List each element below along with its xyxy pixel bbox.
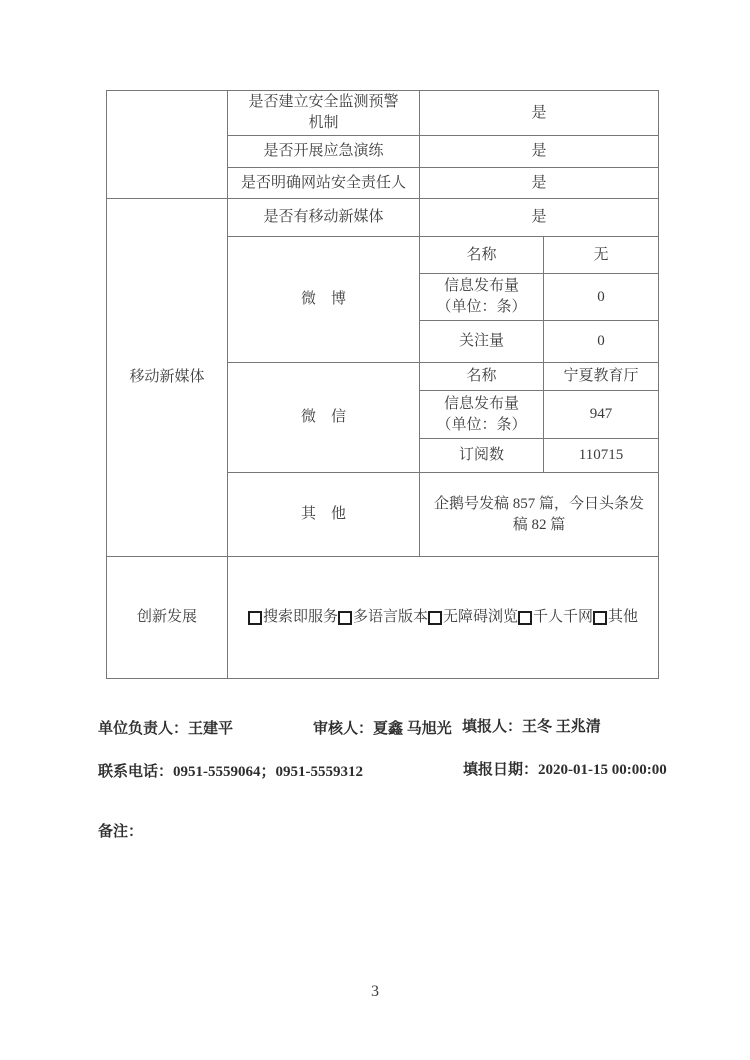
security-question-responsible: 是否明确网站安全责任人 bbox=[228, 168, 420, 199]
document-page: 是否建立安全监测预警 机制 是 是否开展应急演练 是 是否明确网站安全责任人 是… bbox=[0, 0, 750, 1060]
wechat-name-label: 名称 bbox=[420, 363, 544, 391]
weibo-posts-value: 0 bbox=[544, 274, 658, 321]
weibo-posts-label: 信息发布量 （单位：条） bbox=[420, 274, 544, 321]
innovation-option-label: 多语言版本 bbox=[353, 607, 428, 628]
innovation-option-label: 其他 bbox=[608, 607, 638, 628]
wechat-subscribers-label: 订阅数 bbox=[420, 439, 544, 473]
wechat-subscribers-value: 110715 bbox=[544, 439, 658, 473]
weibo-followers-label: 关注量 bbox=[420, 321, 544, 363]
innovation-option-label: 无障碍浏览 bbox=[443, 607, 518, 628]
wechat-label: 微 信 bbox=[228, 363, 420, 473]
innovation-option-accessibility: 无障碍浏览 bbox=[428, 607, 518, 628]
checkbox-icon bbox=[428, 611, 442, 625]
security-answer-drill: 是 bbox=[420, 136, 658, 168]
other-media-label: 其 他 bbox=[228, 473, 420, 557]
contact-phone-text: 联系电话：0951-5559064；0951-5559312 bbox=[98, 760, 363, 781]
security-question-monitoring: 是否建立安全监测预警 机制 bbox=[228, 91, 420, 136]
weibo-posts-label-line1: 信息发布量 bbox=[444, 276, 519, 297]
innovation-option-label: 搜索即服务 bbox=[263, 607, 338, 628]
remarks-label: 备注： bbox=[98, 820, 143, 841]
wechat-posts-label-line1: 信息发布量 bbox=[444, 394, 519, 415]
security-answer-responsible: 是 bbox=[420, 168, 658, 199]
checkbox-icon bbox=[593, 611, 607, 625]
mobile-media-section-label: 移动新媒体 bbox=[107, 199, 228, 557]
weibo-name-label: 名称 bbox=[420, 237, 544, 274]
wechat-posts-label-line2: （单位：条） bbox=[436, 415, 526, 436]
page-number: 3 bbox=[0, 983, 750, 1001]
wechat-posts-label: 信息发布量 （单位：条） bbox=[420, 391, 544, 439]
wechat-name-value: 宁夏教育厅 bbox=[544, 363, 658, 391]
innovation-option-personalized: 千人千网 bbox=[518, 607, 593, 628]
innovation-option-other: 其他 bbox=[593, 607, 638, 628]
security-question-drill: 是否开展应急演练 bbox=[228, 136, 420, 168]
innovation-section-label: 创新发展 bbox=[107, 557, 228, 678]
has-mobile-media-answer: 是 bbox=[420, 199, 658, 237]
report-date-text: 填报日期：2020-01-15 00:00:00 bbox=[463, 758, 667, 779]
security-question-monitoring-line1: 是否建立安全监测预警 bbox=[248, 92, 398, 113]
checkbox-icon bbox=[518, 611, 532, 625]
wechat-posts-value: 947 bbox=[544, 391, 658, 439]
other-media-value: 企鹅号发稿 857 篇，今日头条发 稿 82 篇 bbox=[420, 473, 658, 557]
weibo-posts-label-line2: （单位：条） bbox=[436, 297, 526, 318]
checkbox-icon bbox=[338, 611, 352, 625]
security-answer-monitoring: 是 bbox=[420, 91, 658, 136]
weibo-label: 微 博 bbox=[228, 237, 420, 363]
unit-head-text: 单位负责人：王建平 bbox=[98, 717, 233, 738]
weibo-name-value: 无 bbox=[544, 237, 658, 274]
weibo-followers-value: 0 bbox=[544, 321, 658, 363]
security-question-monitoring-line2: 机制 bbox=[308, 113, 338, 134]
reviewer-text: 审核人：夏鑫 马旭光 bbox=[313, 717, 452, 738]
innovation-option-label: 千人千网 bbox=[533, 607, 593, 628]
innovation-option-search: 搜索即服务 bbox=[248, 607, 338, 628]
checkbox-icon bbox=[248, 611, 262, 625]
other-media-value-line2: 稿 82 篇 bbox=[513, 515, 566, 536]
other-media-value-line1: 企鹅号发稿 857 篇，今日头条发 bbox=[434, 494, 644, 515]
report-table: 是否建立安全监测预警 机制 是 是否开展应急演练 是 是否明确网站安全责任人 是… bbox=[106, 90, 659, 679]
left-empty-cell bbox=[107, 91, 228, 199]
innovation-options: 搜索即服务 多语言版本 无障碍浏览 千人千网 其他 bbox=[228, 557, 658, 678]
filler-text: 填报人：王冬 王兆清 bbox=[462, 715, 601, 736]
has-mobile-media-question: 是否有移动新媒体 bbox=[228, 199, 420, 237]
innovation-option-multilang: 多语言版本 bbox=[338, 607, 428, 628]
